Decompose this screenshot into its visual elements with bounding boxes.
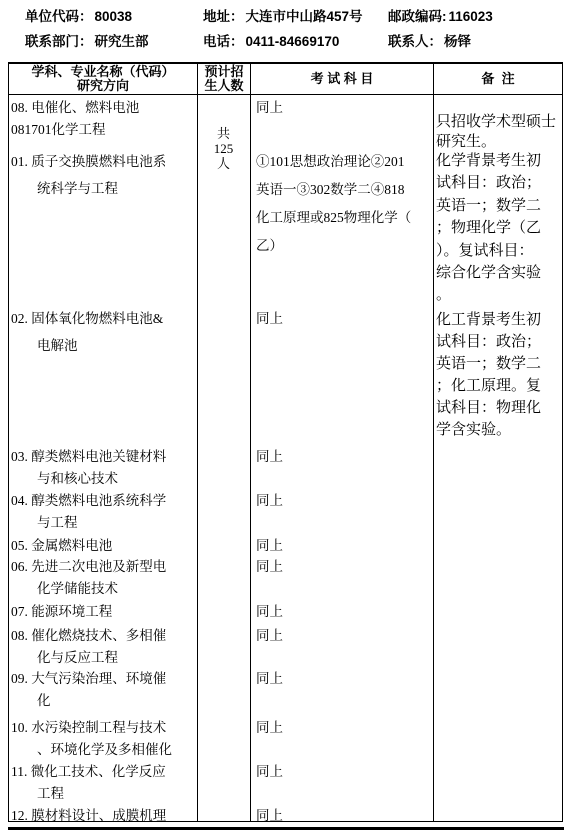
info-contact-dept-value: 研究生部	[95, 34, 149, 49]
info-address: 地址：大连市中山路457号	[203, 8, 363, 25]
direction-exam-ditto: 同上	[256, 490, 432, 512]
info-phone-value: 0411-84669170	[246, 34, 340, 49]
program-code-name: 081701化学工程	[11, 120, 195, 140]
direction-name: 10. 水污染控制工程与技术 、环境化学及多相催化	[11, 717, 195, 761]
table-header-row: 学科、专业名称（代码） 研究方向 预计招 生人数 考 试 科 目 备 注	[9, 64, 562, 95]
admissions-table: 学科、专业名称（代码） 研究方向 预计招 生人数 考 试 科 目 备 注 08.…	[8, 62, 563, 822]
direction-exam-ditto: 同上	[256, 556, 432, 578]
col-header-discipline: 学科、专业名称（代码） 研究方向	[9, 64, 197, 94]
direction-name: 07. 能源环境工程	[11, 601, 195, 623]
program-quota: 共 125 人	[197, 126, 250, 171]
direction-name: 01. 质子交换膜燃料电池系 统科学与工程	[11, 148, 195, 202]
table-bottom-rule	[8, 827, 564, 830]
info-postal-code-value: 116023	[449, 9, 493, 24]
info-unit-code-label: 单位代码：	[25, 9, 93, 24]
info-postal-code-label: 邮政编码:	[388, 9, 447, 24]
direction-name: 12. 膜材料设计、成膜机理	[11, 805, 195, 827]
info-phone: 电话：0411-84669170	[203, 33, 339, 50]
direction-exam-subjects: ①101思想政治理论②201 英语一③302数学二④818 化工原理或825物理…	[256, 148, 432, 260]
carryover-direction-name: 08. 电催化、燃料电池	[11, 98, 195, 118]
direction-name: 03. 醇类燃料电池关键材料 与和核心技术	[11, 446, 195, 490]
info-contact-dept-label: 联系部门：	[25, 34, 93, 49]
info-contact-person-value: 杨铎	[444, 34, 471, 49]
admissions-catalog-page: 单位代码：80038 地址：大连市中山路457号 邮政编码:116023 联系部…	[0, 0, 574, 838]
info-postal-code: 邮政编码:116023	[388, 8, 493, 25]
direction-name: 04. 醇类燃料电池系统科学 与工程	[11, 490, 195, 534]
info-unit-code: 单位代码：80038	[25, 8, 132, 25]
col-header-quota: 预计招 生人数	[198, 64, 250, 94]
program-remark: 只招收学术型硕士 研究生。	[436, 112, 563, 152]
direction-name: 06. 先进二次电池及新型电 化学储能技术	[11, 556, 195, 600]
direction-exam-ditto: 同上	[256, 668, 432, 690]
info-address-value: 大连市中山路457号	[246, 9, 363, 24]
direction-exam-ditto: 同上	[256, 625, 432, 647]
direction-exam-ditto: 同上	[256, 308, 432, 330]
col-header-remarks: 备 注	[434, 64, 562, 94]
direction-exam-ditto: 同上	[256, 446, 432, 468]
info-contact-person: 联系人：杨铎	[388, 33, 471, 50]
direction-exam-ditto: 同上	[256, 805, 432, 827]
direction-name: 02. 固体氧化物燃料电池& 电解池	[11, 305, 195, 359]
direction-name: 05. 金属燃料电池	[11, 535, 195, 557]
info-unit-code-value: 80038	[95, 9, 133, 24]
direction-name: 09. 大气污染治理、环境催 化	[11, 668, 195, 712]
direction-name: 08. 催化燃烧技术、多相催 化与反应工程	[11, 625, 195, 669]
direction-remark: 化学背景考生初 试科目：政治； 英语一；数学二 ；物理化学（乙 ）。复试科目： …	[436, 150, 563, 307]
direction-remark: 化工背景考生初 试科目：政治； 英语一；数学二 ；化工原理。复 试科目：物理化 …	[436, 309, 563, 441]
direction-exam-ditto: 同上	[256, 601, 432, 623]
direction-exam-ditto: 同上	[256, 717, 432, 739]
col-header-exam-subjects: 考 试 科 目	[251, 64, 433, 94]
carryover-exam-ditto: 同上	[256, 98, 432, 118]
info-phone-label: 电话：	[203, 34, 244, 49]
info-address-label: 地址：	[203, 9, 244, 24]
info-contact-person-label: 联系人：	[388, 34, 442, 49]
direction-exam-ditto: 同上	[256, 535, 432, 557]
direction-name: 11. 微化工技术、化学反应 工程	[11, 761, 195, 805]
info-contact-dept: 联系部门：研究生部	[25, 33, 149, 50]
table-body: 08. 电催化、燃料电池 同上 081701化学工程 共 125 人 只招收学术…	[9, 95, 562, 822]
direction-exam-ditto: 同上	[256, 761, 432, 783]
